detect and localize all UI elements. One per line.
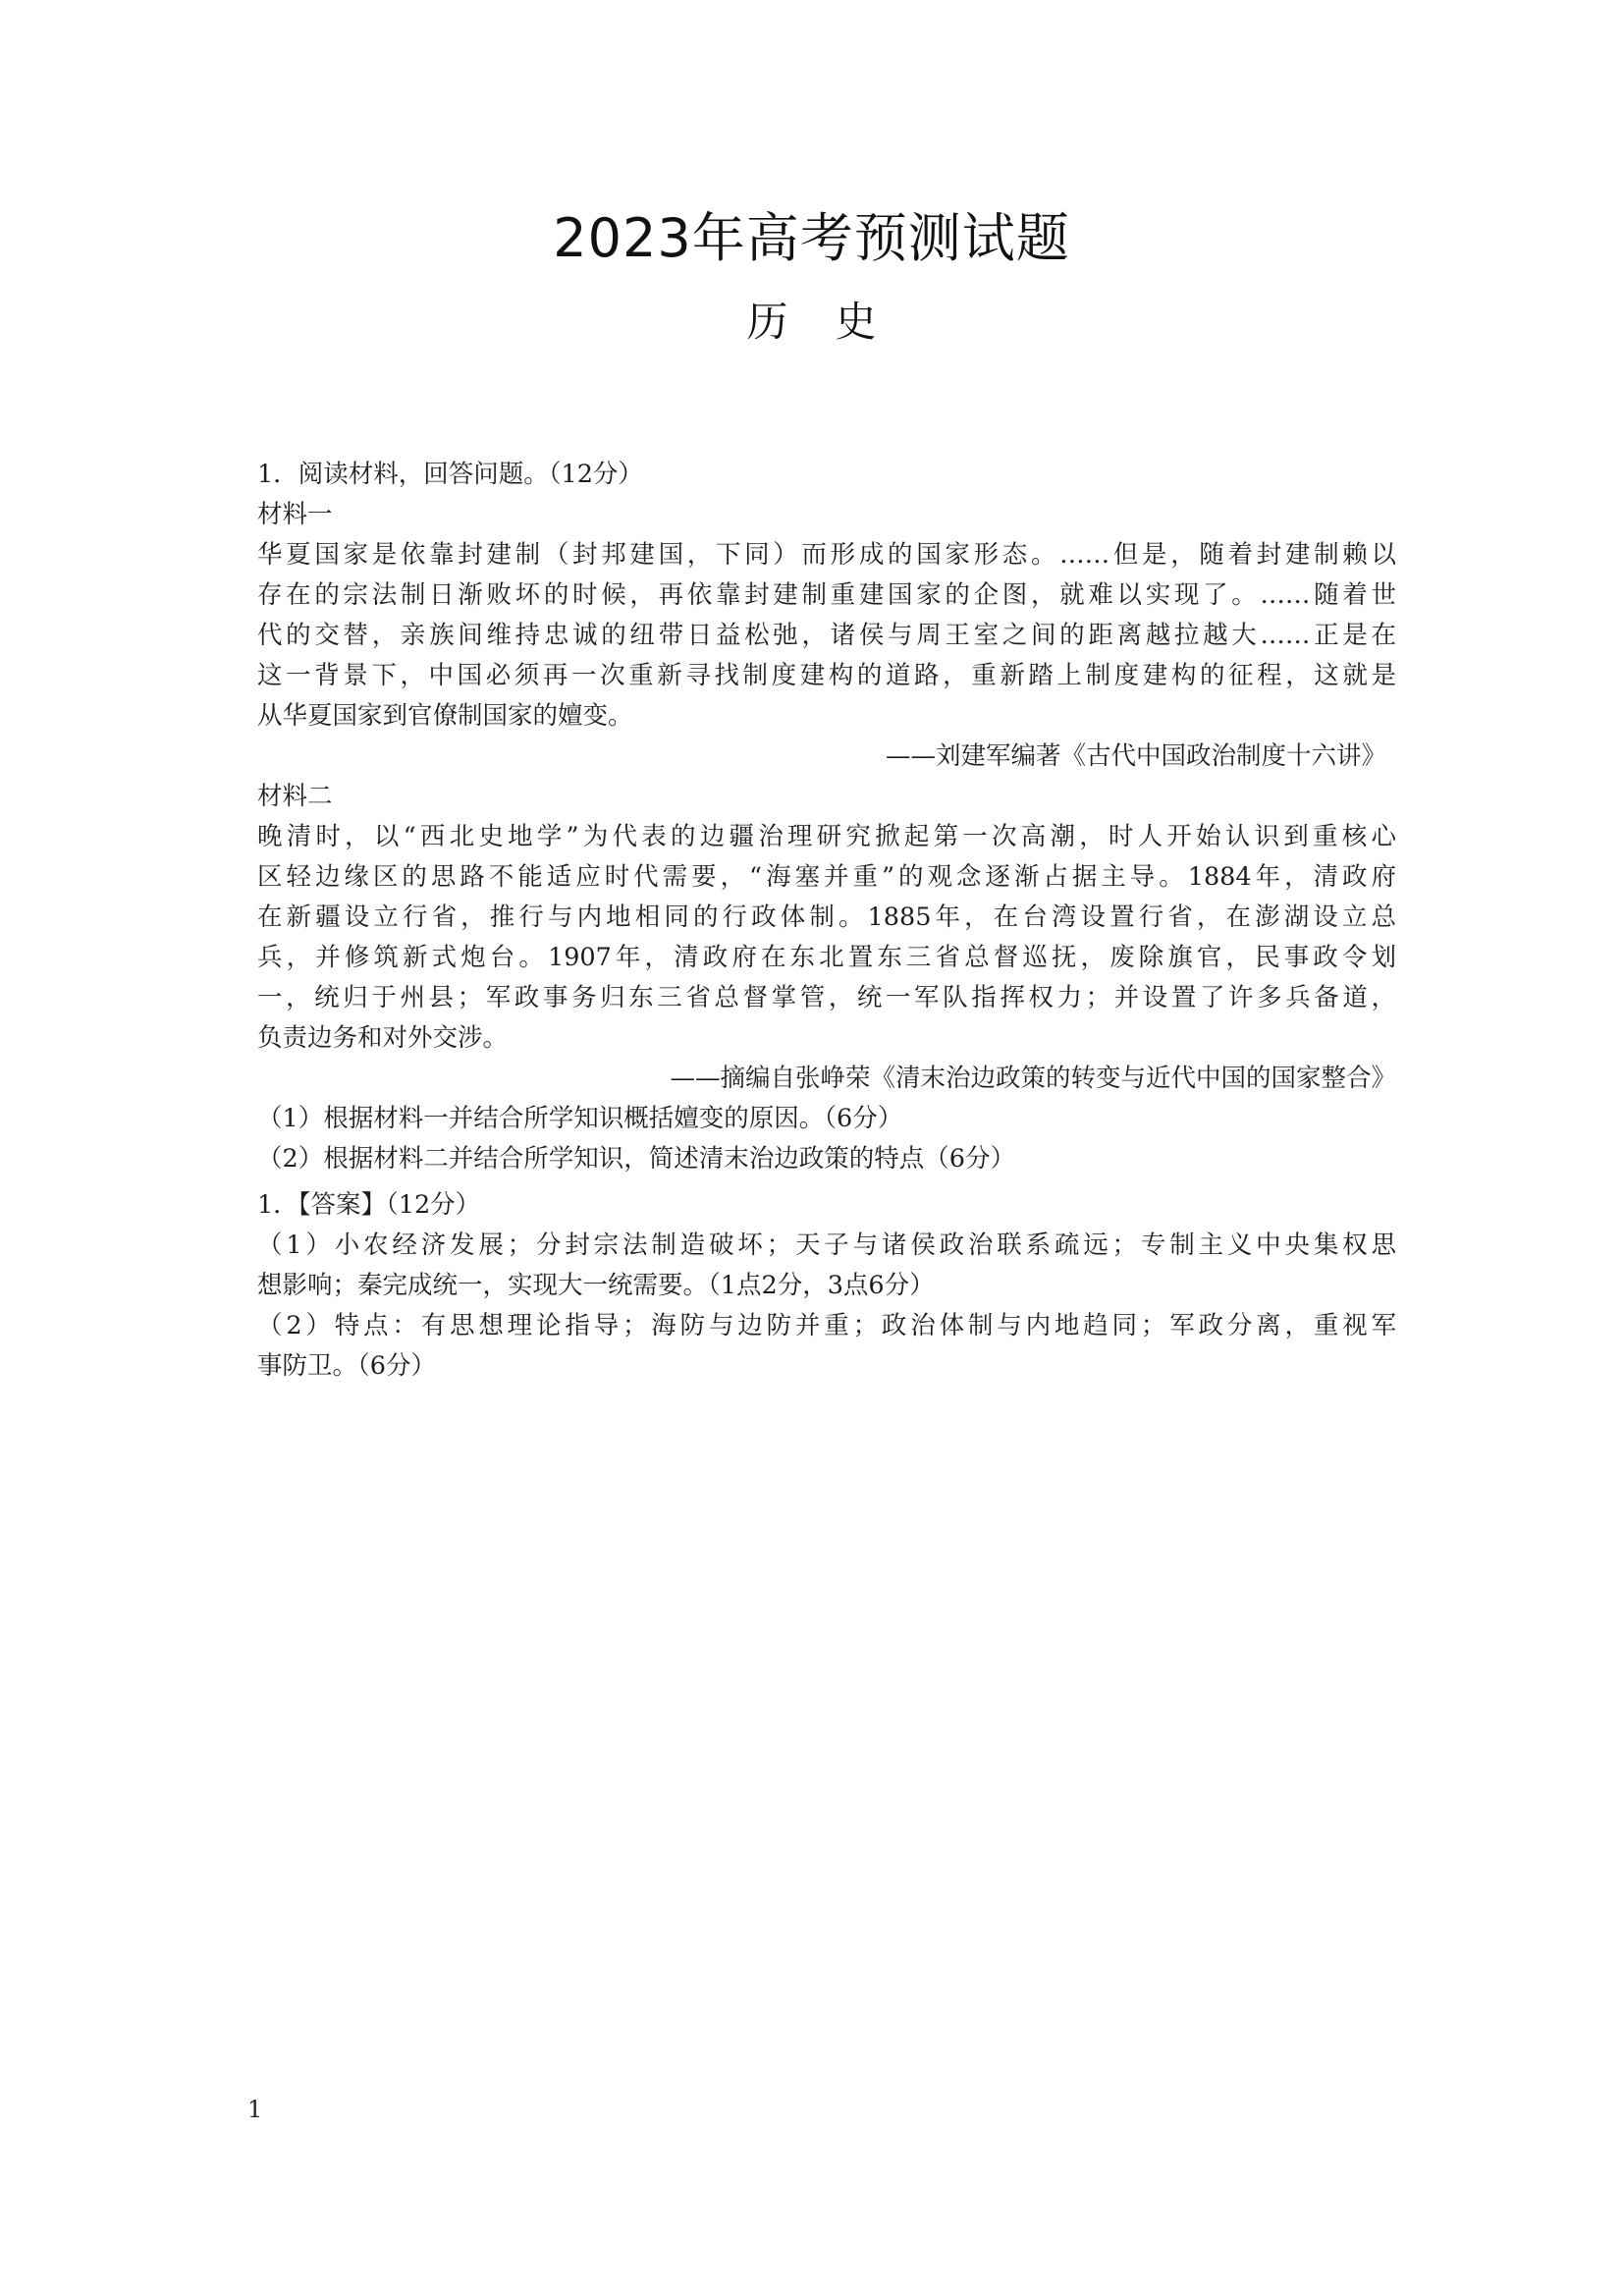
material-2-line: 一，统归于州县；军政事务归东三省总督掌管，统一军队指挥权力；并设置了许多兵备道， [257, 978, 1396, 1018]
material-2-line: 晚清时，以“西北史地学”为代表的边疆治理研究掀起第一次高潮，时人开始认识到重核心 [257, 817, 1396, 857]
material-1-line: 存在的宗法制日渐败坏的时候，再依靠封建制重建国家的企图，就难以实现了。……随着世 [257, 575, 1396, 616]
page-number: 1 [247, 2096, 262, 2123]
material-2-source: ——摘编自张峥荣《清末治边政策的转变与近代中国的国家整合》 [257, 1059, 1396, 1099]
material-1-label: 材料一 [257, 495, 1396, 535]
material-2-line: 区轻边缘区的思路不能适应时代需要，“海塞并重”的观念逐渐占据主导。1884年，清… [257, 857, 1396, 898]
material-1-text: 华夏国家是依靠封建制（封邦建国，下同）而形成的国家形态。……但是，随着封建制赖以… [257, 535, 1396, 737]
sub-question-2: （2）根据材料二并结合所学知识，简述清末治边政策的特点（6分） [257, 1139, 1396, 1179]
sub-question-1: （1）根据材料一并结合所学知识概括嬗变的原因。（6分） [257, 1099, 1396, 1139]
material-1-line: 代的交替，亲族间维持忠诚的纽带日益松弛，诸侯与周王室之间的距离越拉越大……正是在 [257, 616, 1396, 656]
subject-char-1: 历 [746, 298, 787, 346]
material-2-line: 负责边务和对外交涉。 [257, 1018, 1396, 1059]
material-1-source: ——刘建军编著《古代中国政治制度十六讲》 [257, 737, 1396, 777]
answer-part-2: （2）特点：有思想理论指导；海防与边防并重；政治体制与内地趋同；军政分离，重视军… [257, 1306, 1396, 1387]
answer-part-1: （1）小农经济发展；分封宗法制造破坏；天子与诸侯政治联系疏远；专制主义中央集权思… [257, 1226, 1396, 1306]
material-2-text: 晚清时，以“西北史地学”为代表的边疆治理研究掀起第一次高潮，时人开始认识到重核心… [257, 817, 1396, 1059]
page-title: 2023年高考预测试题 [0, 204, 1623, 273]
material-1-line: 这一背景下，中国必须再一次重新寻找制度建构的道路，重新踏上制度建构的征程，这就是 [257, 656, 1396, 696]
material-1-line: 从华夏国家到官僚制国家的嬗变。 [257, 696, 1396, 737]
material-1-line: 华夏国家是依靠封建制（封邦建国，下同）而形成的国家形态。……但是，随着封建制赖以 [257, 535, 1396, 575]
material-2-label: 材料二 [257, 777, 1396, 817]
material-2-line: 在新疆设立行省，推行与内地相同的行政体制。1885年，在台湾设置行省，在澎湖设立… [257, 898, 1396, 938]
answer-part-2-line: 事防卫。（6分） [257, 1346, 1396, 1387]
answer-part-1-line: 想影响；秦完成统一，实现大一统需要。（1点2分，3点6分） [257, 1266, 1396, 1306]
question-content: 1．阅读材料，回答问题。（12分） 材料一 华夏国家是依靠封建制（封邦建国，下同… [257, 455, 1396, 1387]
answer-part-2-line: （2）特点：有思想理论指导；海防与边防并重；政治体制与内地趋同；军政分离，重视军 [257, 1306, 1396, 1346]
material-2-line: 兵，并修筑新式炮台。1907年，清政府在东北置东三省总督巡抚，废除旗官，民事政令… [257, 938, 1396, 978]
answer-part-1-line: （1）小农经济发展；分封宗法制造破坏；天子与诸侯政治联系疏远；专制主义中央集权思 [257, 1226, 1396, 1266]
question-number-line: 1．阅读材料，回答问题。（12分） [257, 455, 1396, 495]
answer-heading: 1．【答案】（12分） [257, 1185, 1396, 1226]
subject-heading: 历史 [0, 295, 1623, 350]
subject-char-2: 史 [836, 298, 877, 346]
